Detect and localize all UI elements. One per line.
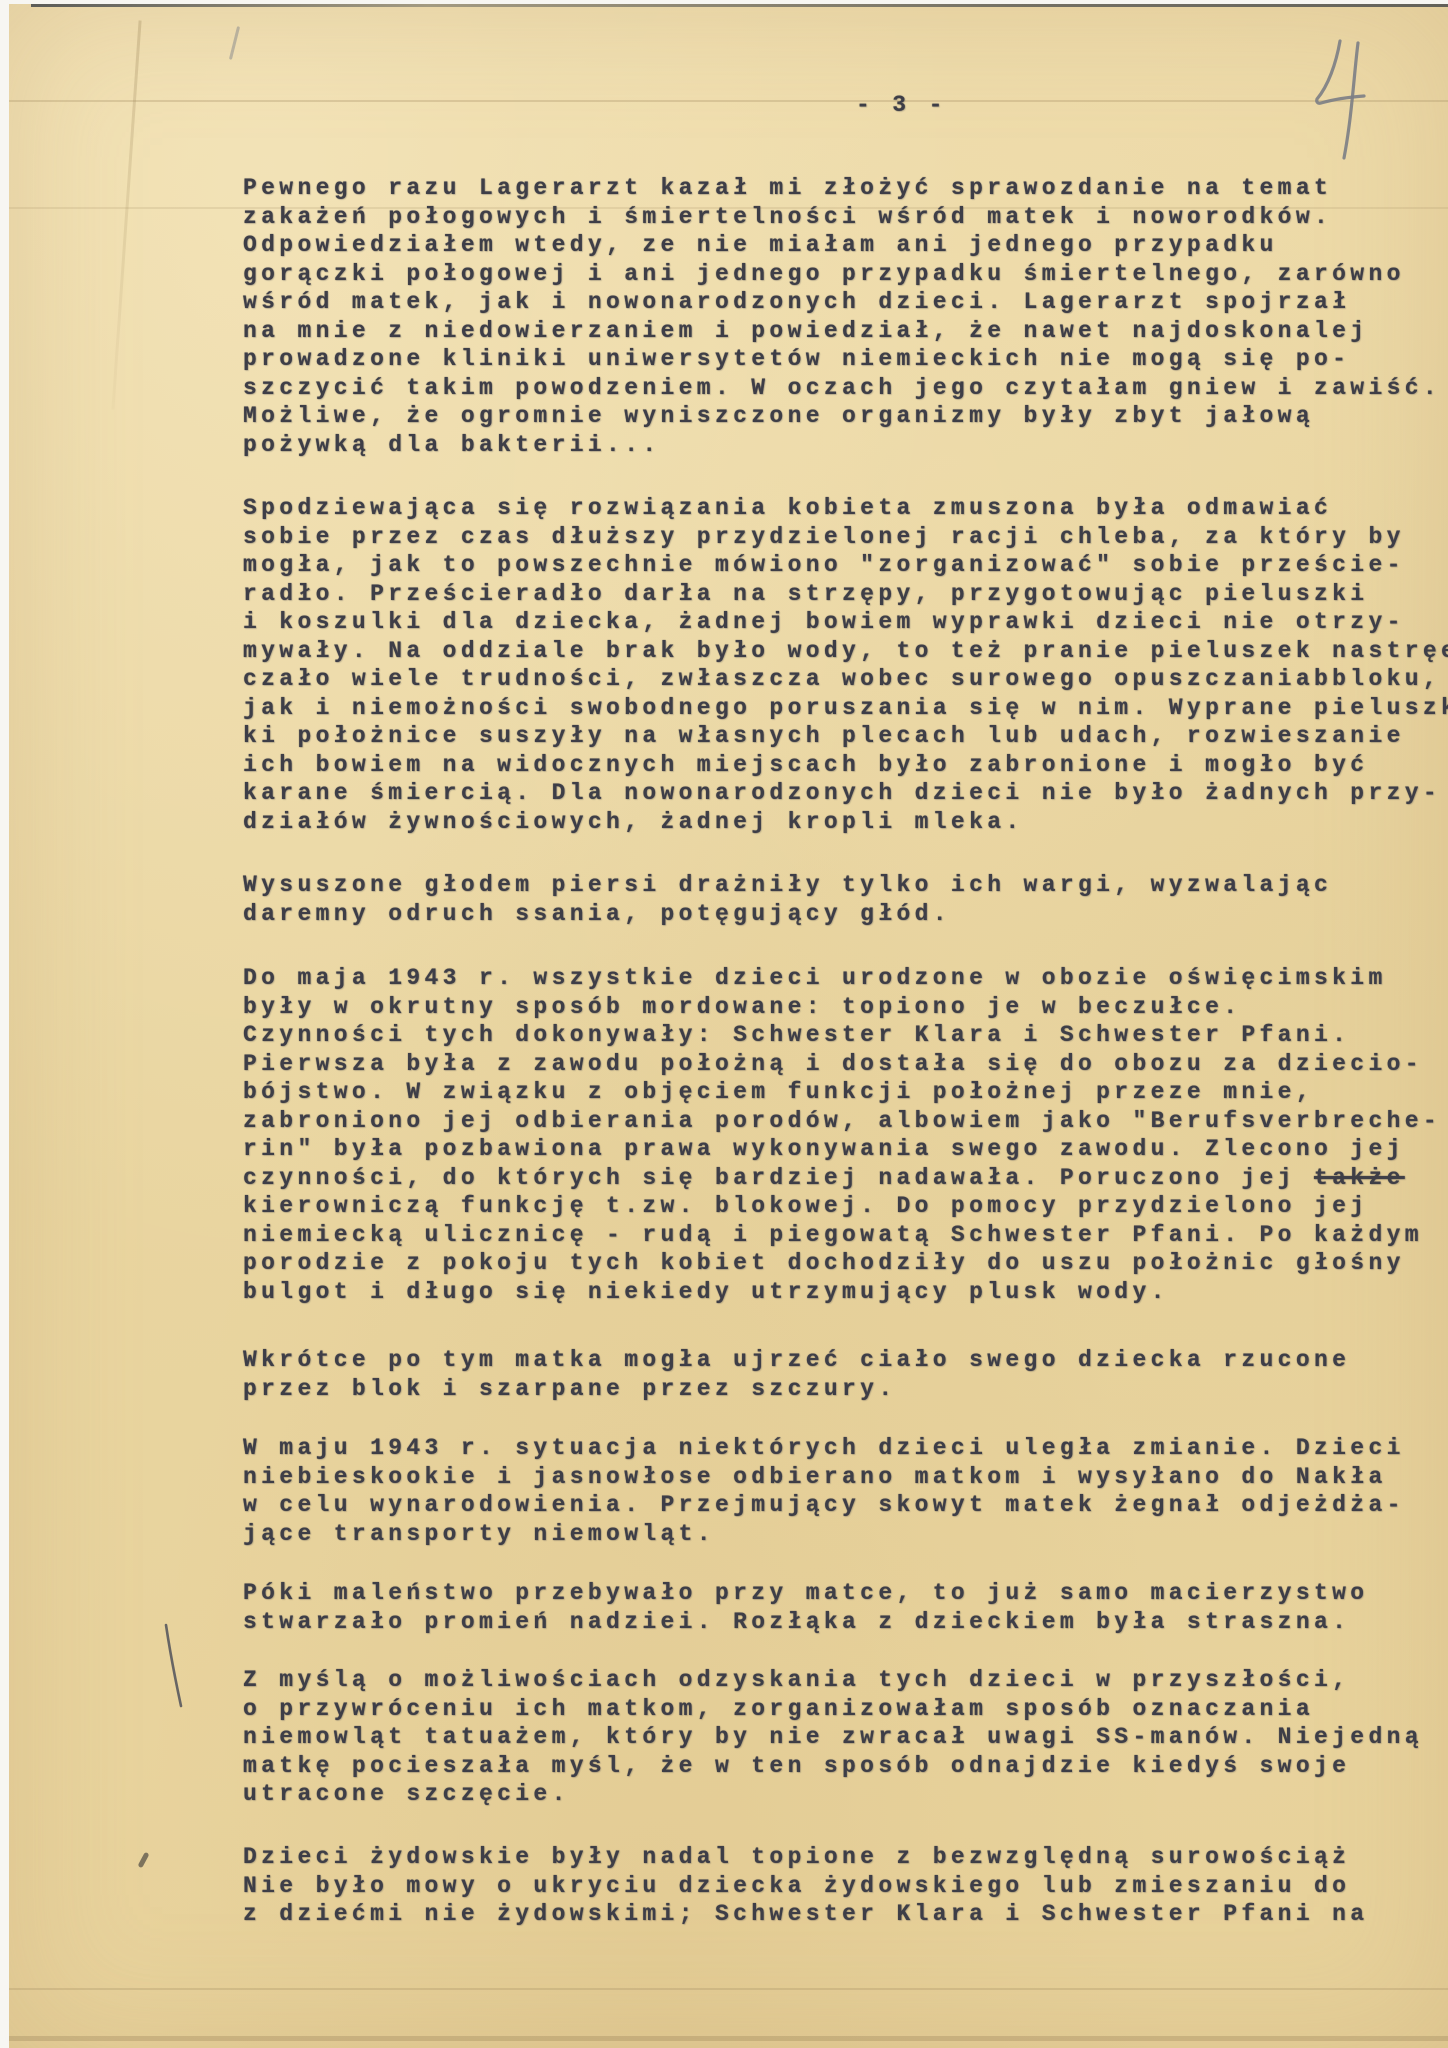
page-number: - 3 - [856,92,947,118]
text-line: Spodziewająca się rozwiązania kobieta zm… [243,494,1448,523]
screenshot-root: { "page": { "typed_page_number": "- 3 -"… [0,0,1448,2048]
paragraph: Spodziewająca się rozwiązania kobieta zm… [243,494,1448,836]
line-text: Czynności tych dokonywały: Schwester Kla… [243,1022,1350,1048]
text-line: działów żywnościowych, żadnej kropli mle… [243,808,1448,837]
text-line: Z myślą o możliwościach odzyskania tych … [243,1666,1448,1695]
line-text: niemiecką ulicznicę - rudą i piegowatą S… [243,1222,1423,1248]
ink-speck [138,1852,150,1868]
paper-crease [9,2036,1448,2041]
text-line: bulgot i długo się niekiedy utrzymujący … [243,1278,1448,1307]
text-line: sobie przez czas dłuższy przydzielonej r… [243,523,1448,552]
text-line: ich bowiem na widocznych miejscach było … [243,751,1448,780]
line-text: bulgot i długo się niekiedy utrzymujący … [243,1279,1169,1305]
text-line: daremny odruch ssania, potęgujący głód. [243,900,1448,929]
line-text: kierowniczą funkcję t.zw. blokowej. Do p… [243,1193,1368,1219]
line-text: rin" była pozbawiona prawa wykonywania s… [243,1136,1405,1162]
line-text: Pewnego razu Lagerarzt kazał mi złożyć s… [243,175,1332,201]
line-text: o przywróceniu ich matkom, zorganizowała… [243,1696,1314,1722]
text-line: i koszulki dla dziecka, żadnej bowiem wy… [243,608,1448,637]
line-text: niemowląt tatuażem, który by nie zwracał… [243,1724,1423,1750]
line-text: stwarzało promień nadziei. Rozłąka z dzi… [243,1609,1350,1635]
scanned-document-page: - 3 - Pewnego razu Lagerarzt kazał mi zł… [9,4,1448,2048]
line-text: Spodziewająca się rozwiązania kobieta zm… [243,495,1332,521]
line-text: przez blok i szarpane przez szczury. [243,1376,896,1402]
line-text: daremny odruch ssania, potęgujący głód. [243,901,951,927]
line-text: niebieskookie i jasnowłose odbierano mat… [243,1464,1387,1490]
text-line: utracone szczęcie. [243,1780,1448,1809]
line-text: matkę pocieszała myśl, że w ten sposób o… [243,1753,1350,1779]
text-line: porodzie z pokoju tych kobiet dochodziły… [243,1249,1448,1278]
text-line: Czynności tych dokonywały: Schwester Kla… [243,1021,1448,1050]
line-text: Dzieci żydowskie były nadal topione z be… [243,1844,1350,1870]
line-text: mywały. Na oddziale brak było wody, to t… [243,638,1448,664]
paper-crease [111,20,141,409]
text-line: bójstwo. W związku z objęciem funkcji po… [243,1078,1448,1107]
line-text: ki położnice suszyły na własnych plecach… [243,723,1405,749]
paper-crease [9,1988,1448,1990]
text-line: mogła, jak to powszechnie mówiono "zorga… [243,551,1448,580]
text-line: w celu wynarodowienia. Przejmujący skowy… [243,1491,1448,1520]
text-line: z dziećmi nie żydowskimi; Schwester Klar… [243,1900,1448,1929]
text-line: Nie było mowy o ukryciu dziecka żydowski… [243,1872,1448,1901]
pencil-mark [229,26,240,60]
line-text: czało wiele trudności, zwłaszcza wobec s… [243,666,1441,692]
line-text: i koszulki dla dziecka, żadnej bowiem wy… [243,609,1405,635]
line-text: Pierwsza była z zawodu położną i dostała… [243,1051,1423,1077]
line-text: na mnie z niedowierzaniem i powiedział, … [243,318,1368,344]
text-line: Do maja 1943 r. wszystkie dzieci urodzon… [243,964,1448,993]
text-line: na mnie z niedowierzaniem i powiedział, … [243,317,1448,346]
text-line: niemowląt tatuażem, który by nie zwracał… [243,1723,1448,1752]
text-line: niemiecką ulicznicę - rudą i piegowatą S… [243,1221,1448,1250]
text-line: Możliwe, że ogromnie wyniszczone organiz… [243,402,1448,431]
line-text: radło. Prześcieradło darła na strzępy, p… [243,581,1368,607]
line-text: Wkrótce po tym matka mogła ujrzeć ciało … [243,1347,1350,1373]
paragraph: W maju 1943 r. sytuacja niektórych dziec… [243,1434,1448,1548]
paragraph: Z myślą o możliwościach odzyskania tych … [243,1666,1448,1809]
text-line: zakażeń połogowych i śmiertelności wśród… [243,203,1448,232]
line-text: gorączki połogowej i ani jednego przypad… [243,261,1405,287]
text-line: jące transporty niemowląt. [243,1520,1448,1549]
line-text: Do maja 1943 r. wszystkie dzieci urodzon… [243,965,1387,991]
struck-out-word: także [1314,1165,1405,1191]
paragraph: Wysuszone głodem piersi drażniły tylko i… [243,871,1448,928]
line-text: Możliwe, że ogromnie wyniszczone organiz… [243,403,1314,429]
line-text: W maju 1943 r. sytuacja niektórych dziec… [243,1435,1405,1461]
line-text: porodzie z pokoju tych kobiet dochodziły… [243,1250,1405,1276]
paragraph: Do maja 1943 r. wszystkie dzieci urodzon… [243,964,1448,1306]
text-line: wśród matek, jak i nowonarodzonych dziec… [243,288,1448,317]
text-line: o przywróceniu ich matkom, zorganizowała… [243,1695,1448,1724]
line-text: Nie było mowy o ukryciu dziecka żydowski… [243,1873,1350,1899]
text-line: kierowniczą funkcję t.zw. blokowej. Do p… [243,1192,1448,1221]
line-text: mogła, jak to powszechnie mówiono "zorga… [243,552,1405,578]
paragraph: Dzieci żydowskie były nadal topione z be… [243,1843,1448,1929]
line-text: pożywką dla bakterii... [243,432,661,458]
text-line: mywały. Na oddziale brak było wody, to t… [243,637,1448,666]
text-line: były w okrutny sposób mordowane: topiono… [243,993,1448,1022]
line-text: zabroniono jej odbierania porodów, albow… [243,1108,1441,1134]
line-text: utracone szczęcie. [243,1781,570,1807]
text-line: jak i niemożności swobodnego poruszania … [243,694,1448,723]
line-text: zakażeń połogowych i śmiertelności wśród… [243,204,1332,230]
line-text: sobie przez czas dłuższy przydzielonej r… [243,524,1405,550]
line-text: szczycić takim powodzeniem. W oczach jeg… [243,375,1441,401]
line-text: były w okrutny sposób mordowane: topiono… [243,994,1241,1020]
text-line: Wysuszone głodem piersi drażniły tylko i… [243,871,1448,900]
paper-crease [9,100,1448,102]
text-line: szczycić takim powodzeniem. W oczach jeg… [243,374,1448,403]
line-text: jak i niemożności swobodnego poruszania … [243,695,1448,721]
line-text: w celu wynarodowienia. Przejmujący skowy… [243,1492,1405,1518]
text-line: przez blok i szarpane przez szczury. [243,1375,1448,1404]
line-text: czynności, do których się bardziej nadaw… [243,1165,1314,1191]
text-line: ki położnice suszyły na własnych plecach… [243,722,1448,751]
line-text: z dziećmi nie żydowskimi; Schwester Klar… [243,1901,1368,1927]
text-line: prowadzone kliniki uniwersytetów niemiec… [243,345,1448,374]
line-text: Póki maleństwo przebywało przy matce, to… [243,1580,1368,1606]
text-line: radło. Prześcieradło darła na strzępy, p… [243,580,1448,609]
paragraph: Pewnego razu Lagerarzt kazał mi złożyć s… [243,174,1448,459]
scanner-edge-shadow [31,4,1448,7]
text-line: W maju 1943 r. sytuacja niektórych dziec… [243,1434,1448,1463]
line-text: Wysuszone głodem piersi drażniły tylko i… [243,872,1332,898]
line-text: wśród matek, jak i nowonarodzonych dziec… [243,289,1350,315]
text-line: czało wiele trudności, zwłaszcza wobec s… [243,665,1448,694]
line-text: Odpowiedziałem wtedy, ze nie miałam ani … [243,232,1278,258]
text-line: karane śmiercią. Dla nowonarodzonych dzi… [243,779,1448,808]
text-line: Wkrótce po tym matka mogła ujrzeć ciało … [243,1346,1448,1375]
line-text: karane śmiercią. Dla nowonarodzonych dzi… [243,780,1441,806]
text-line: niebieskookie i jasnowłose odbierano mat… [243,1463,1448,1492]
text-line: pożywką dla bakterii... [243,431,1448,460]
document-text: Pewnego razu Lagerarzt kazał mi złożyć s… [243,174,1448,1929]
handwritten-page-number [1305,34,1385,166]
text-line: zabroniono jej odbierania porodów, albow… [243,1107,1448,1136]
line-text: bójstwo. W związku z objęciem funkcji po… [243,1079,1314,1105]
text-line: matkę pocieszała myśl, że w ten sposób o… [243,1752,1448,1781]
margin-pen-stroke [162,1622,188,1710]
text-line: czynności, do których się bardziej nadaw… [243,1164,1448,1193]
line-text: jące transporty niemowląt. [243,1521,715,1547]
line-text: działów żywnościowych, żadnej kropli mle… [243,809,1024,835]
text-line: gorączki połogowej i ani jednego przypad… [243,260,1448,289]
paragraph: Wkrótce po tym matka mogła ujrzeć ciało … [243,1346,1448,1403]
text-line: Pierwsza była z zawodu położną i dostała… [243,1050,1448,1079]
text-line: Pewnego razu Lagerarzt kazał mi złożyć s… [243,174,1448,203]
line-text: ich bowiem na widocznych miejscach było … [243,752,1368,778]
paragraph: Póki maleństwo przebywało przy matce, to… [243,1579,1448,1636]
line-text: prowadzone kliniki uniwersytetów niemiec… [243,346,1350,372]
text-line: Dzieci żydowskie były nadal topione z be… [243,1843,1448,1872]
line-text: Z myślą o możliwościach odzyskania tych … [243,1667,1350,1693]
text-line: Póki maleństwo przebywało przy matce, to… [243,1579,1448,1608]
text-line: stwarzało promień nadziei. Rozłąka z dzi… [243,1608,1448,1637]
text-line: rin" była pozbawiona prawa wykonywania s… [243,1135,1448,1164]
text-line: Odpowiedziałem wtedy, ze nie miałam ani … [243,231,1448,260]
